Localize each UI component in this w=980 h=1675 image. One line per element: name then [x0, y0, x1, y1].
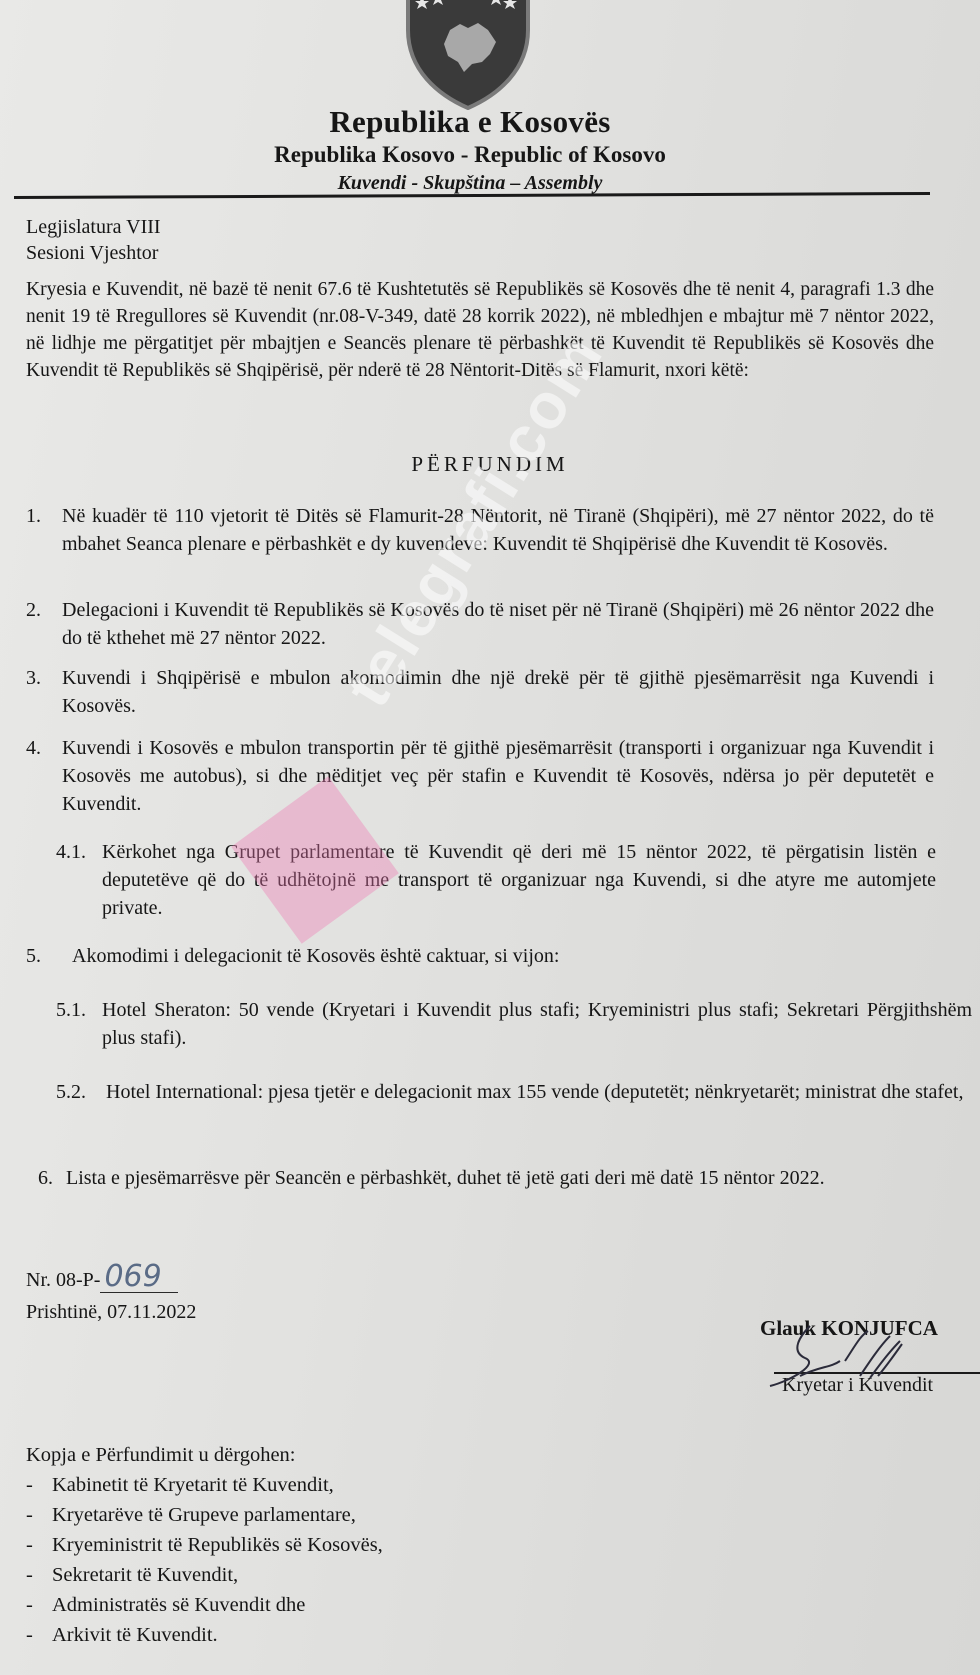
reference-number: Nr. 08-P-069	[26, 1262, 196, 1296]
session-label: Sesioni Vjeshtor	[26, 240, 161, 266]
decision-item-3: 3. Kuvendi i Shqipërisë e mbulon akomodi…	[62, 664, 934, 720]
place-date: Prishtinë, 07.11.2022	[26, 1296, 196, 1328]
recipient-item: -Sekretarit të Kuvendit,	[26, 1560, 383, 1590]
header-subtitle: Republika Kosovo - Republic of Kosovo	[0, 142, 940, 168]
copies-list: -Kabinetit të Kryetarit të Kuvendit, -Kr…	[26, 1470, 383, 1650]
copies-section: Kopja e Përfundimit u dërgohen: -Kabinet…	[26, 1440, 383, 1650]
header-title: Republika e Kosovës	[0, 104, 940, 140]
copies-title: Kopja e Përfundimit u dërgohen:	[26, 1440, 383, 1470]
header-institution: Kuvendi - Skupština – Assembly	[0, 172, 940, 195]
recipient-item: -Kryeministrit të Republikës së Kosovës,	[26, 1530, 383, 1560]
decision-item-5-1: 5.1. Hotel Sheraton: 50 vende (Kryetari …	[102, 996, 972, 1052]
decision-item-5-2: 5.2. Hotel International: pjesa tjetër e…	[106, 1078, 974, 1106]
intro-paragraph: Kryesia e Kuvendit, në bazë të nenit 67.…	[26, 276, 934, 384]
decision-item-4-1: 4.1. Kërkohet nga Grupet parlamentare të…	[102, 838, 936, 922]
recipient-item: -Kabinetit të Kryetarit të Kuvendit,	[26, 1470, 383, 1500]
decision-item-2: 2. Delegacioni i Kuvendit të Republikës …	[62, 596, 934, 652]
document-page: Republika e Kosovës Republika Kosovo - R…	[0, 0, 980, 1675]
signature-block: Glauk KONJUFCA Kryetar i Kuvendit	[760, 1316, 980, 1341]
decision-item-5: 5. Akomodimi i delegacionit të Kosovës ë…	[72, 942, 934, 970]
recipient-item: -Arkivit të Kuvendit.	[26, 1620, 383, 1650]
decision-item-4: 4. Kuvendi i Kosovës e mbulon transporti…	[62, 734, 934, 818]
recipient-item: -Kryetarëve të Grupeve parlamentare,	[26, 1500, 383, 1530]
legislature-label: Legjislatura VIII	[26, 214, 161, 240]
document-reference: Nr. 08-P-069 Prishtinë, 07.11.2022	[26, 1262, 196, 1328]
handwritten-signature-icon	[760, 1306, 960, 1406]
handwritten-number: 069	[100, 1262, 177, 1293]
decision-item-6: 6. Lista e pjesëmarrësve për Seancën e p…	[66, 1164, 976, 1192]
document-meta: Legjislatura VIII Sesioni Vjeshtor	[26, 214, 161, 266]
recipient-item: -Administratës së Kuvendit dhe	[26, 1590, 383, 1620]
kosovo-coat-of-arms-icon	[398, 0, 538, 110]
